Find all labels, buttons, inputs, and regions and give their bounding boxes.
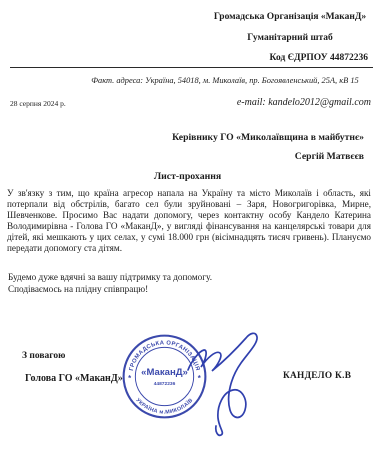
cooperation-line: Сподіваємось на плідну співпрацю!: [8, 284, 368, 296]
org-name: Громадська Організація «МаканД»: [205, 12, 375, 22]
letter-date: 28 серпня 2024 р.: [10, 99, 66, 108]
closing-salutation: З повагою: [22, 351, 65, 361]
stamp-star-left: *: [128, 374, 132, 383]
subject-title: Лист-прохання: [0, 171, 375, 182]
handwritten-signature: [175, 320, 290, 442]
recipient-block: Керівнику ГО «Миколаївщина в майбутнє» С…: [100, 128, 364, 166]
email-address: e-mail: kandelo2012@gmail.com: [175, 97, 371, 108]
gratitude-line: Будемо дуже вдячні за вашу підтримку та …: [8, 272, 368, 284]
letter-page: Громадська Організація «МаканД» Гуманіта…: [0, 0, 375, 454]
org-subtitle: Гуманітарний штаб: [205, 33, 375, 43]
closing-position: Голова ГО «МаканД»: [25, 373, 123, 384]
signer-name: КАНДЕЛО К.В: [283, 371, 351, 381]
recipient-name: Сергій Матвєєв: [100, 147, 364, 166]
postal-address: Факт. адреса: Україна, 54018, м. Миколаї…: [78, 76, 372, 85]
closing-lines: Будемо дуже вдячні за вашу підтримку та …: [8, 272, 368, 295]
signature-icon: [175, 320, 290, 442]
recipient-title: Керівнику ГО «Миколаївщина в майбутнє»: [100, 128, 364, 147]
signature-stroke: [188, 333, 257, 435]
body-paragraph: У зв'язку з тим, що країна агресор напал…: [7, 188, 371, 255]
org-edrpou-code: Код ЄДРПОУ 44872236: [205, 53, 368, 63]
stamp-center-code: 44872236: [154, 381, 176, 387]
header-rule: [10, 67, 373, 68]
